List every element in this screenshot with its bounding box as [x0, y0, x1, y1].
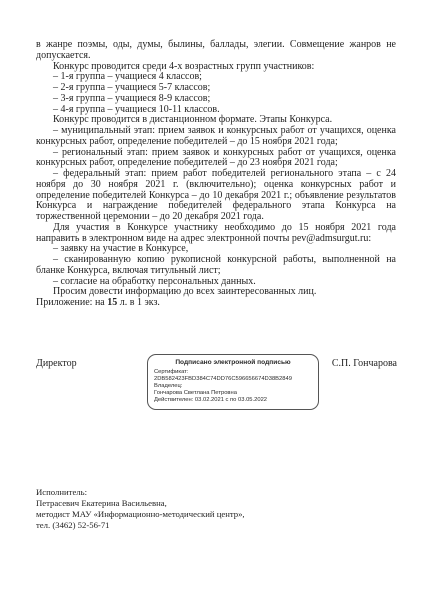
body-paragraph: – региональный этап: прием заявок и конк… [36, 148, 396, 170]
letter-body: в жанре поэмы, оды, думы, былины, баллад… [36, 40, 396, 309]
body-paragraph: – муниципальный этап: прием заявок и кон… [36, 126, 396, 148]
attachment-sheet-count: 15 [107, 297, 117, 308]
attachment-prefix: Приложение: на [36, 297, 107, 308]
executor-phone: тел. (3462) 52-56-71 [36, 520, 245, 531]
executor-label: Исполнитель: [36, 487, 245, 498]
document-page: в жанре поэмы, оды, думы, былины, баллад… [0, 0, 424, 600]
executor-position: методист МАУ «Информационно-методический… [36, 509, 245, 520]
attachment-suffix: л. в 1 экз. [117, 297, 160, 308]
body-paragraph: в жанре поэмы, оды, думы, былины, баллад… [36, 40, 396, 62]
validity-line: Действителен: 03.02.2021 с по 03.05.2022 [154, 397, 312, 404]
body-paragraph: – федеральный этап: прием работ победите… [36, 169, 396, 223]
director-label: Директор [36, 358, 77, 369]
list-item: – сканированную копию рукописной конкурс… [36, 255, 396, 277]
body-paragraph: Для участия в Конкурсе участнику необход… [36, 223, 396, 245]
executor-name: Петрасевич Екатерина Васильевна, [36, 498, 245, 509]
owner-value: Гончарова Светлана Петровна [154, 390, 312, 397]
certificate-value: 2DB582423FBD384C74DD76C596656674D38B2849 [154, 376, 312, 383]
executor-block: Исполнитель: Петрасевич Екатерина Василь… [36, 487, 245, 531]
attachment-line: Приложение: на 15 л. в 1 экз. [36, 298, 396, 309]
list-item: – 3-я группа – учащиеся 8-9 классов; [36, 94, 396, 105]
owner-label: Владелец: [154, 383, 312, 390]
certificate-label: Сертификат: [154, 369, 312, 376]
signer-name: С.П. Гончарова [332, 358, 397, 369]
stamp-title: Подписано электронной подписью [154, 359, 312, 367]
electronic-signature-stamp: Подписано электронной подписью Сертифика… [147, 354, 319, 410]
